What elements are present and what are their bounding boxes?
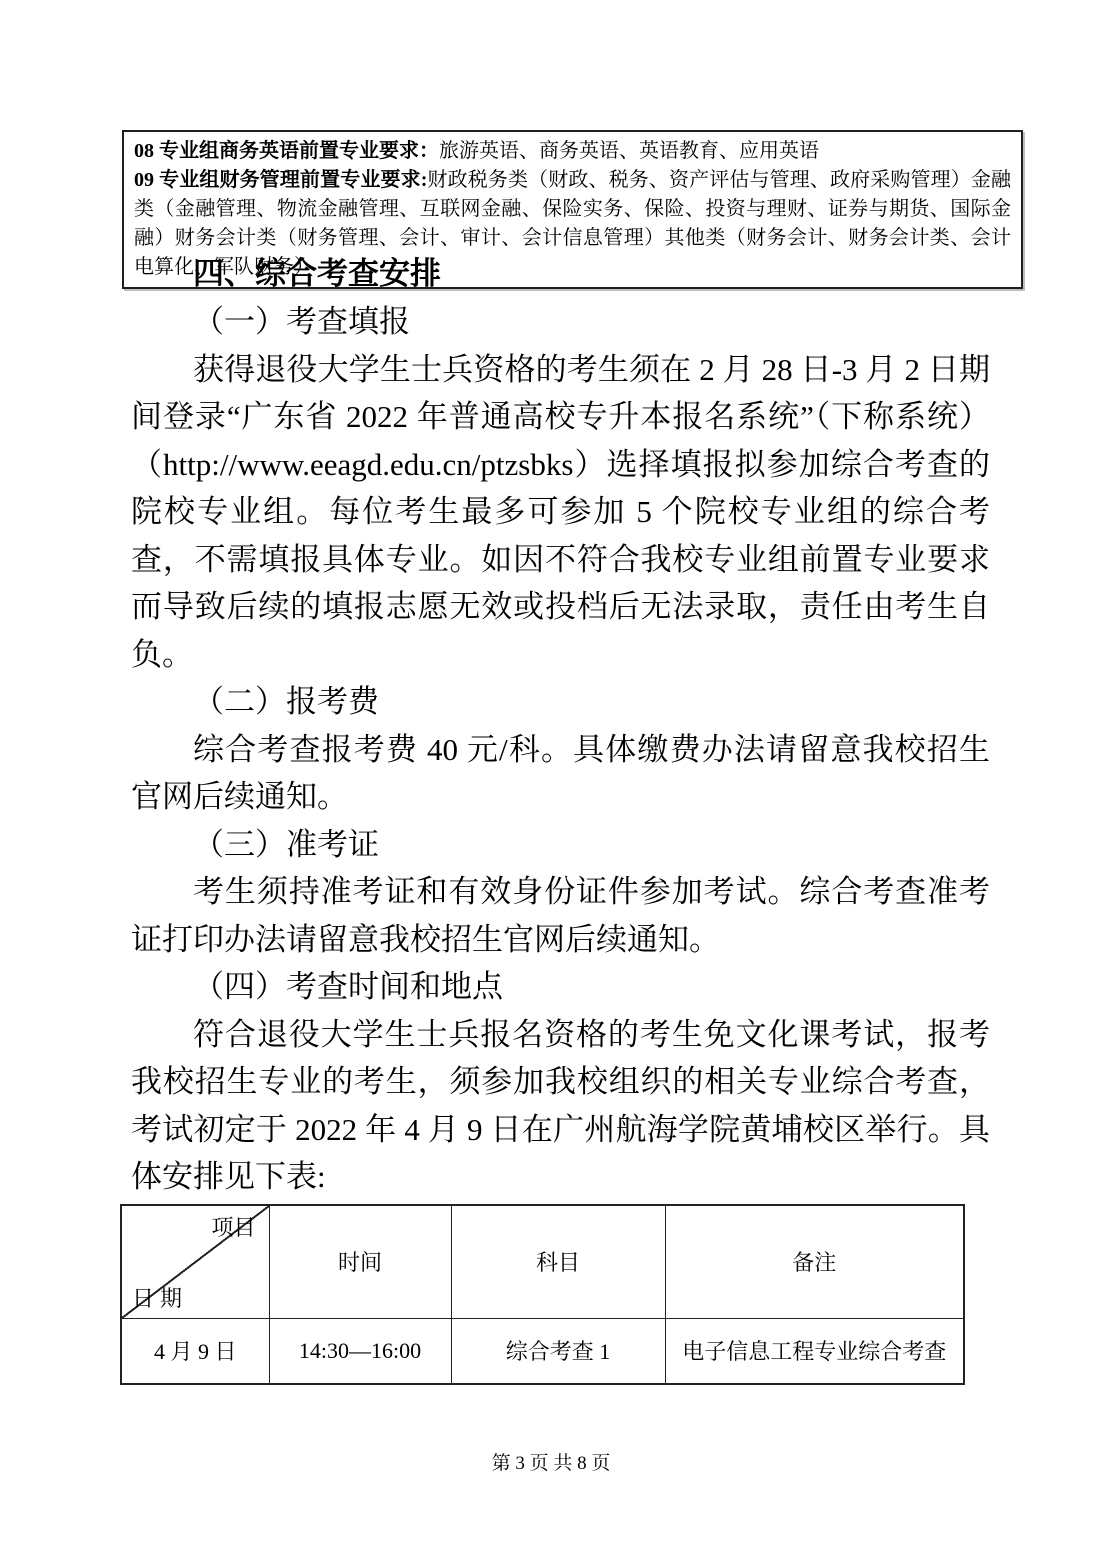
paragraph-fee: 综合考查报考费 40 元/科。具体缴费办法请留意我校招生官网后续通知。 <box>131 726 990 821</box>
page-number: 第 3 页 共 8 页 <box>0 1448 1102 1475</box>
subsection-title-1: （一）考查填报 <box>131 298 990 346</box>
table-row: 4 月 9 日 14:30—16:00 综合考查 1 电子信息工程专业综合考查 <box>121 1318 964 1384</box>
exam-schedule-table: 项目 日期 时间 科目 备注 4 月 9 日 14:30—16:00 综合考查 … <box>120 1204 965 1385</box>
column-header-time: 时间 <box>269 1205 451 1319</box>
column-header-note: 备注 <box>665 1205 964 1319</box>
corner-label-item: 项目 <box>211 1211 255 1242</box>
paragraph-registration: 获得退役大学生士兵资格的考生须在 2 月 28 日-3 月 2 日期间登录“广东… <box>131 346 990 679</box>
table-header-row: 项目 日期 时间 科目 备注 <box>121 1205 964 1319</box>
notice-item-09-label: 09 专业组财务管理前置专业要求: <box>134 169 427 191</box>
subsection-title-3: （三）准考证 <box>131 821 990 869</box>
paragraph-time-place: 符合退役大学生士兵报名资格的考生免文化课考试，报考我校招生专业的考生，须参加我校… <box>131 1011 990 1201</box>
corner-label-date: 日期 <box>132 1282 188 1313</box>
notice-item-08-label: 08 专业组商务英语前置专业要求： <box>134 140 439 162</box>
notice-item-08-text: 旅游英语、商务英语、英语教育、应用英语 <box>439 140 819 162</box>
cell-subject: 综合考查 1 <box>451 1318 665 1384</box>
document-page: 08 专业组商务英语前置专业要求：旅游英语、商务英语、英语教育、应用英语 09 … <box>0 0 1102 1559</box>
cell-note: 电子信息工程专业综合考查 <box>665 1318 964 1384</box>
paragraph-admission-ticket: 考生须持准考证和有效身份证件参加考试。综合考查准考证打印办法请留意我校招生官网后… <box>131 868 990 963</box>
section-heading: 四、综合考查安排 <box>131 250 990 298</box>
subsection-title-4: （四）考查时间和地点 <box>131 963 990 1011</box>
notice-item-08: 08 专业组商务英语前置专业要求：旅游英语、商务英语、英语教育、应用英语 <box>134 137 1011 166</box>
cell-time: 14:30—16:00 <box>269 1318 451 1384</box>
corner-header-cell: 项目 日期 <box>121 1205 269 1319</box>
main-content: 四、综合考查安排 （一）考查填报 获得退役大学生士兵资格的考生须在 2 月 28… <box>131 250 990 1385</box>
column-header-subject: 科目 <box>451 1205 665 1319</box>
subsection-title-2: （二）报考费 <box>131 678 990 726</box>
cell-date: 4 月 9 日 <box>121 1318 269 1384</box>
